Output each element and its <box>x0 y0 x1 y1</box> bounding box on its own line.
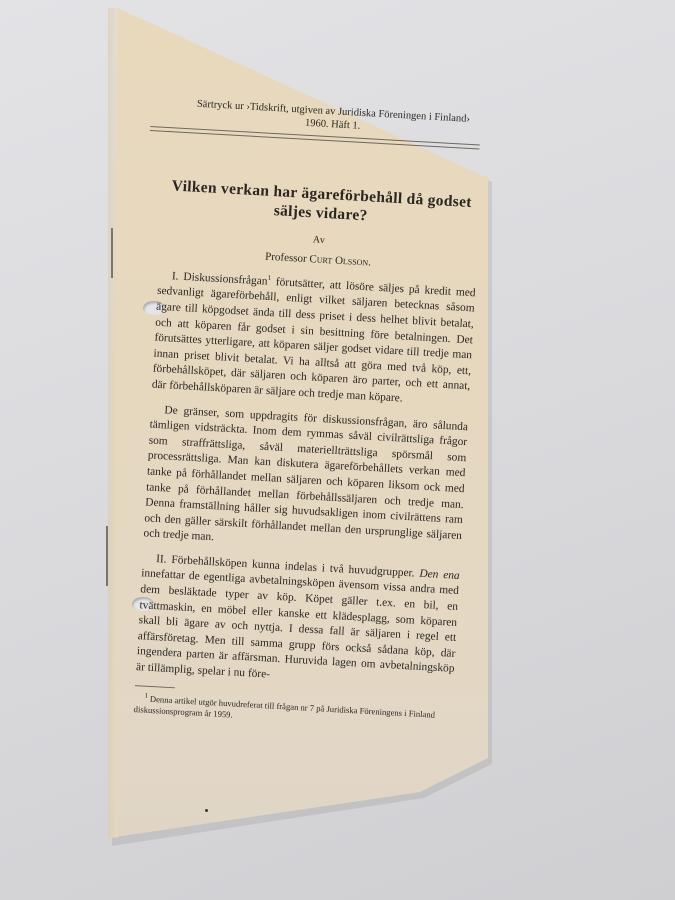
page-edge <box>108 8 118 838</box>
article-body: I. Diskussionsfrågan1 förutsätter, att l… <box>136 265 476 694</box>
ink-speck <box>205 809 208 812</box>
paragraph-text: förutsätter, att lösöre säljes på kredit… <box>152 276 476 405</box>
paragraph-text: De gränser, som uppdragits för diskussio… <box>143 404 468 544</box>
footnote-rule <box>135 685 175 688</box>
author-prefix: Professor <box>265 251 307 265</box>
footnote-text: Denna artikel utgör huvudreferat till fr… <box>133 693 435 719</box>
section-lead: I. Diskussionsfrågan <box>172 270 268 287</box>
paragraph-3: II. Förbehållsköpen kunna indelas i två … <box>136 551 460 693</box>
emphasis: Den ena <box>414 567 460 582</box>
staple-bottom <box>106 526 108 586</box>
printed-text-block: Särtryck ur ›Tidskrift, utgiven av Jurid… <box>133 96 485 732</box>
author-name: Curt Olsson. <box>309 253 371 268</box>
staple-top <box>111 228 113 278</box>
paragraph-1: I. Diskussionsfrågan1 förutsätter, att l… <box>151 265 476 411</box>
paragraph-text: innefattar de egentliga avbetalningsköpe… <box>136 568 459 681</box>
paragraph-2: De gränser, som uppdragits för diskussio… <box>143 402 468 560</box>
article-title: Vilken verkan har ägareförbehåll då gods… <box>161 176 481 232</box>
